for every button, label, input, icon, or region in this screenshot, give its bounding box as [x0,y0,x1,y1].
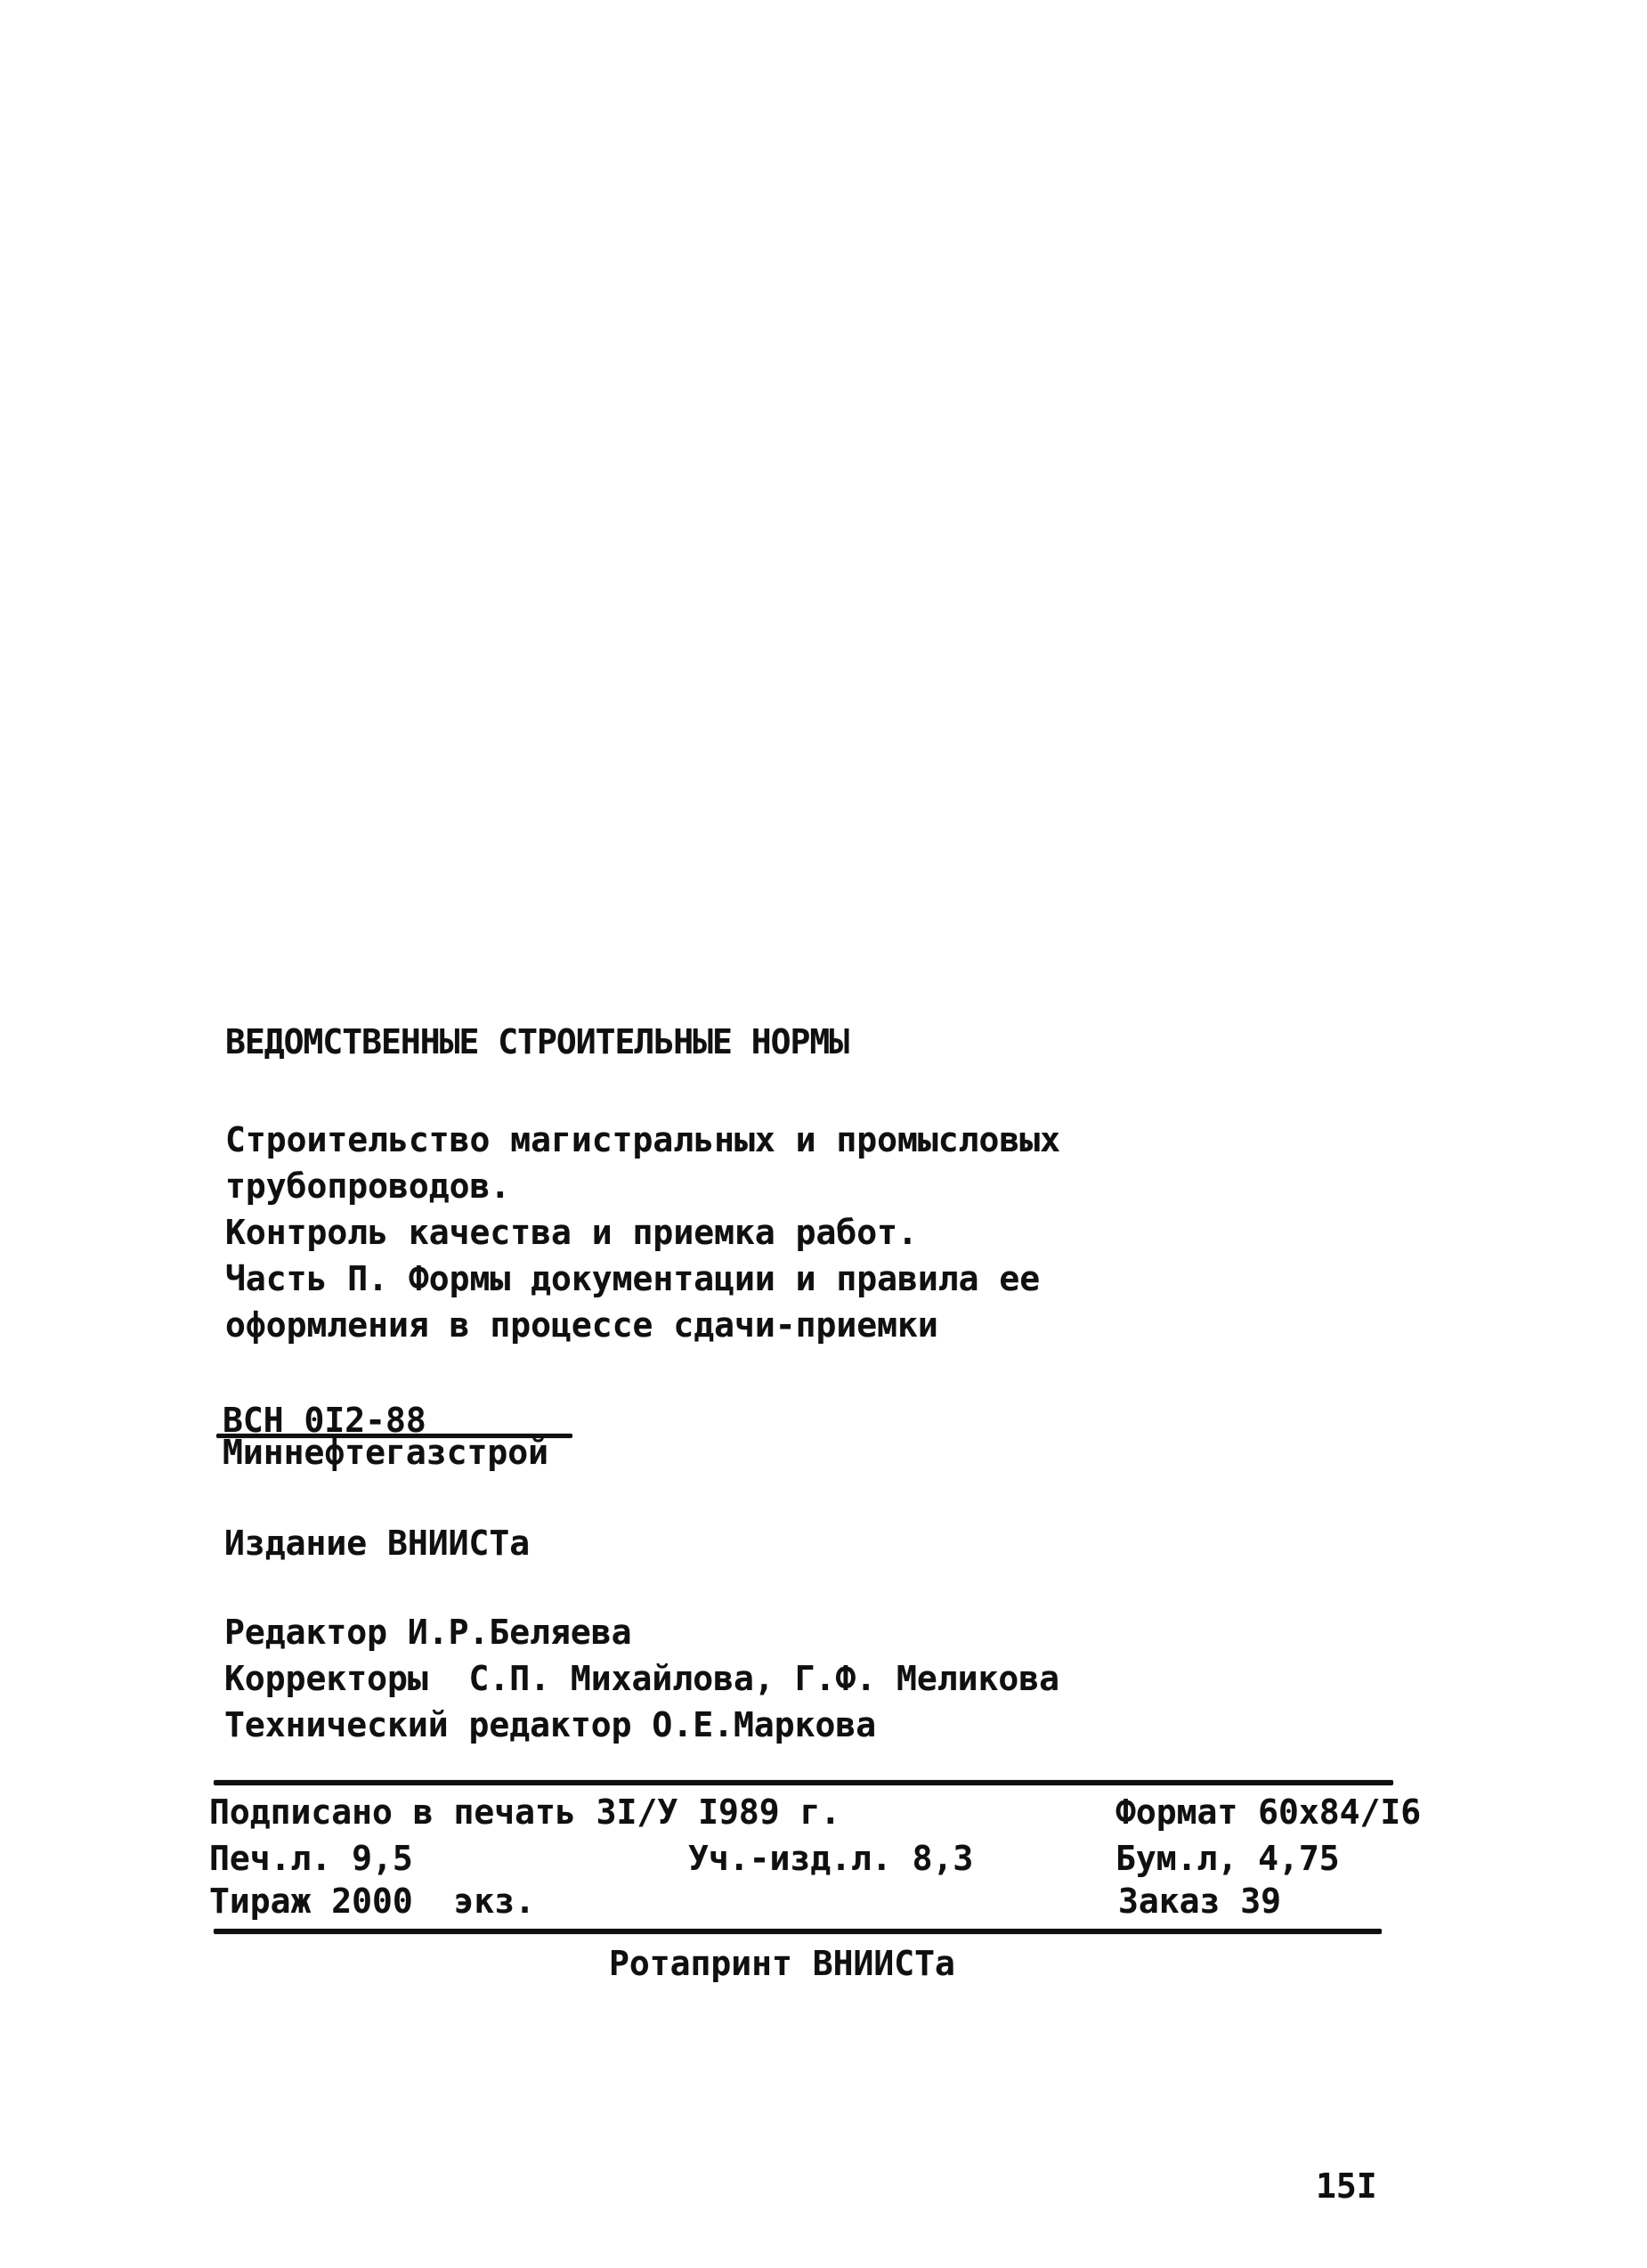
imprint-bottom-rule [214,1929,1382,1934]
scanned-document-page: ВЕДОМСТВЕННЫЕ СТРОИТЕЛЬНЫЕ НОРМЫ Строите… [0,0,1647,2268]
title-line: Часть П. Формы документации и правила ее [225,1256,1040,1302]
imprint-top-rule [214,1780,1393,1785]
imprint-order: Заказ 39 [1118,1878,1281,1924]
imprint-print-sheets: Печ.л. 9,5 [209,1835,413,1882]
imprint-accounting-sheets: Уч.-изд.л. 8,3 [688,1835,973,1882]
title-line: трубопроводов. [225,1163,510,1209]
staff-line-correctors: Корректоры С.П. Михайлова, Г.Ф. Меликова [224,1655,1059,1702]
series-title: ВЕДОМСТВЕННЫЕ СТРОИТЕЛЬНЫЕ НОРМЫ [225,1019,848,1065]
title-line: Строительство магистральных и промысловы… [225,1117,1060,1163]
imprint-format: Формат 60х84/I6 [1116,1789,1421,1835]
staff-line-editor: Редактор И.Р.Беляева [224,1609,632,1655]
staff-line-technical-editor: Технический редактор О.Е.Маркова [224,1702,876,1748]
imprint-paper-sheets: Бум.л, 4,75 [1116,1835,1340,1882]
imprint-signed-line: Подписано в печать 3I/У I989 г. [209,1789,840,1835]
imprint-circulation: Тираж 2000 экз. [209,1878,535,1924]
printer-line: Ротапринт ВНИИСТа [609,1940,955,1987]
page-number: 15I [1316,2163,1377,2209]
ministry-name: Миннефтегазстрой [223,1429,548,1475]
title-line: оформления в процессе сдачи-приемки [225,1302,938,1348]
title-line: Контроль качества и приемка работ. [225,1209,918,1256]
edition-line: Издание ВНИИСТа [224,1520,530,1566]
